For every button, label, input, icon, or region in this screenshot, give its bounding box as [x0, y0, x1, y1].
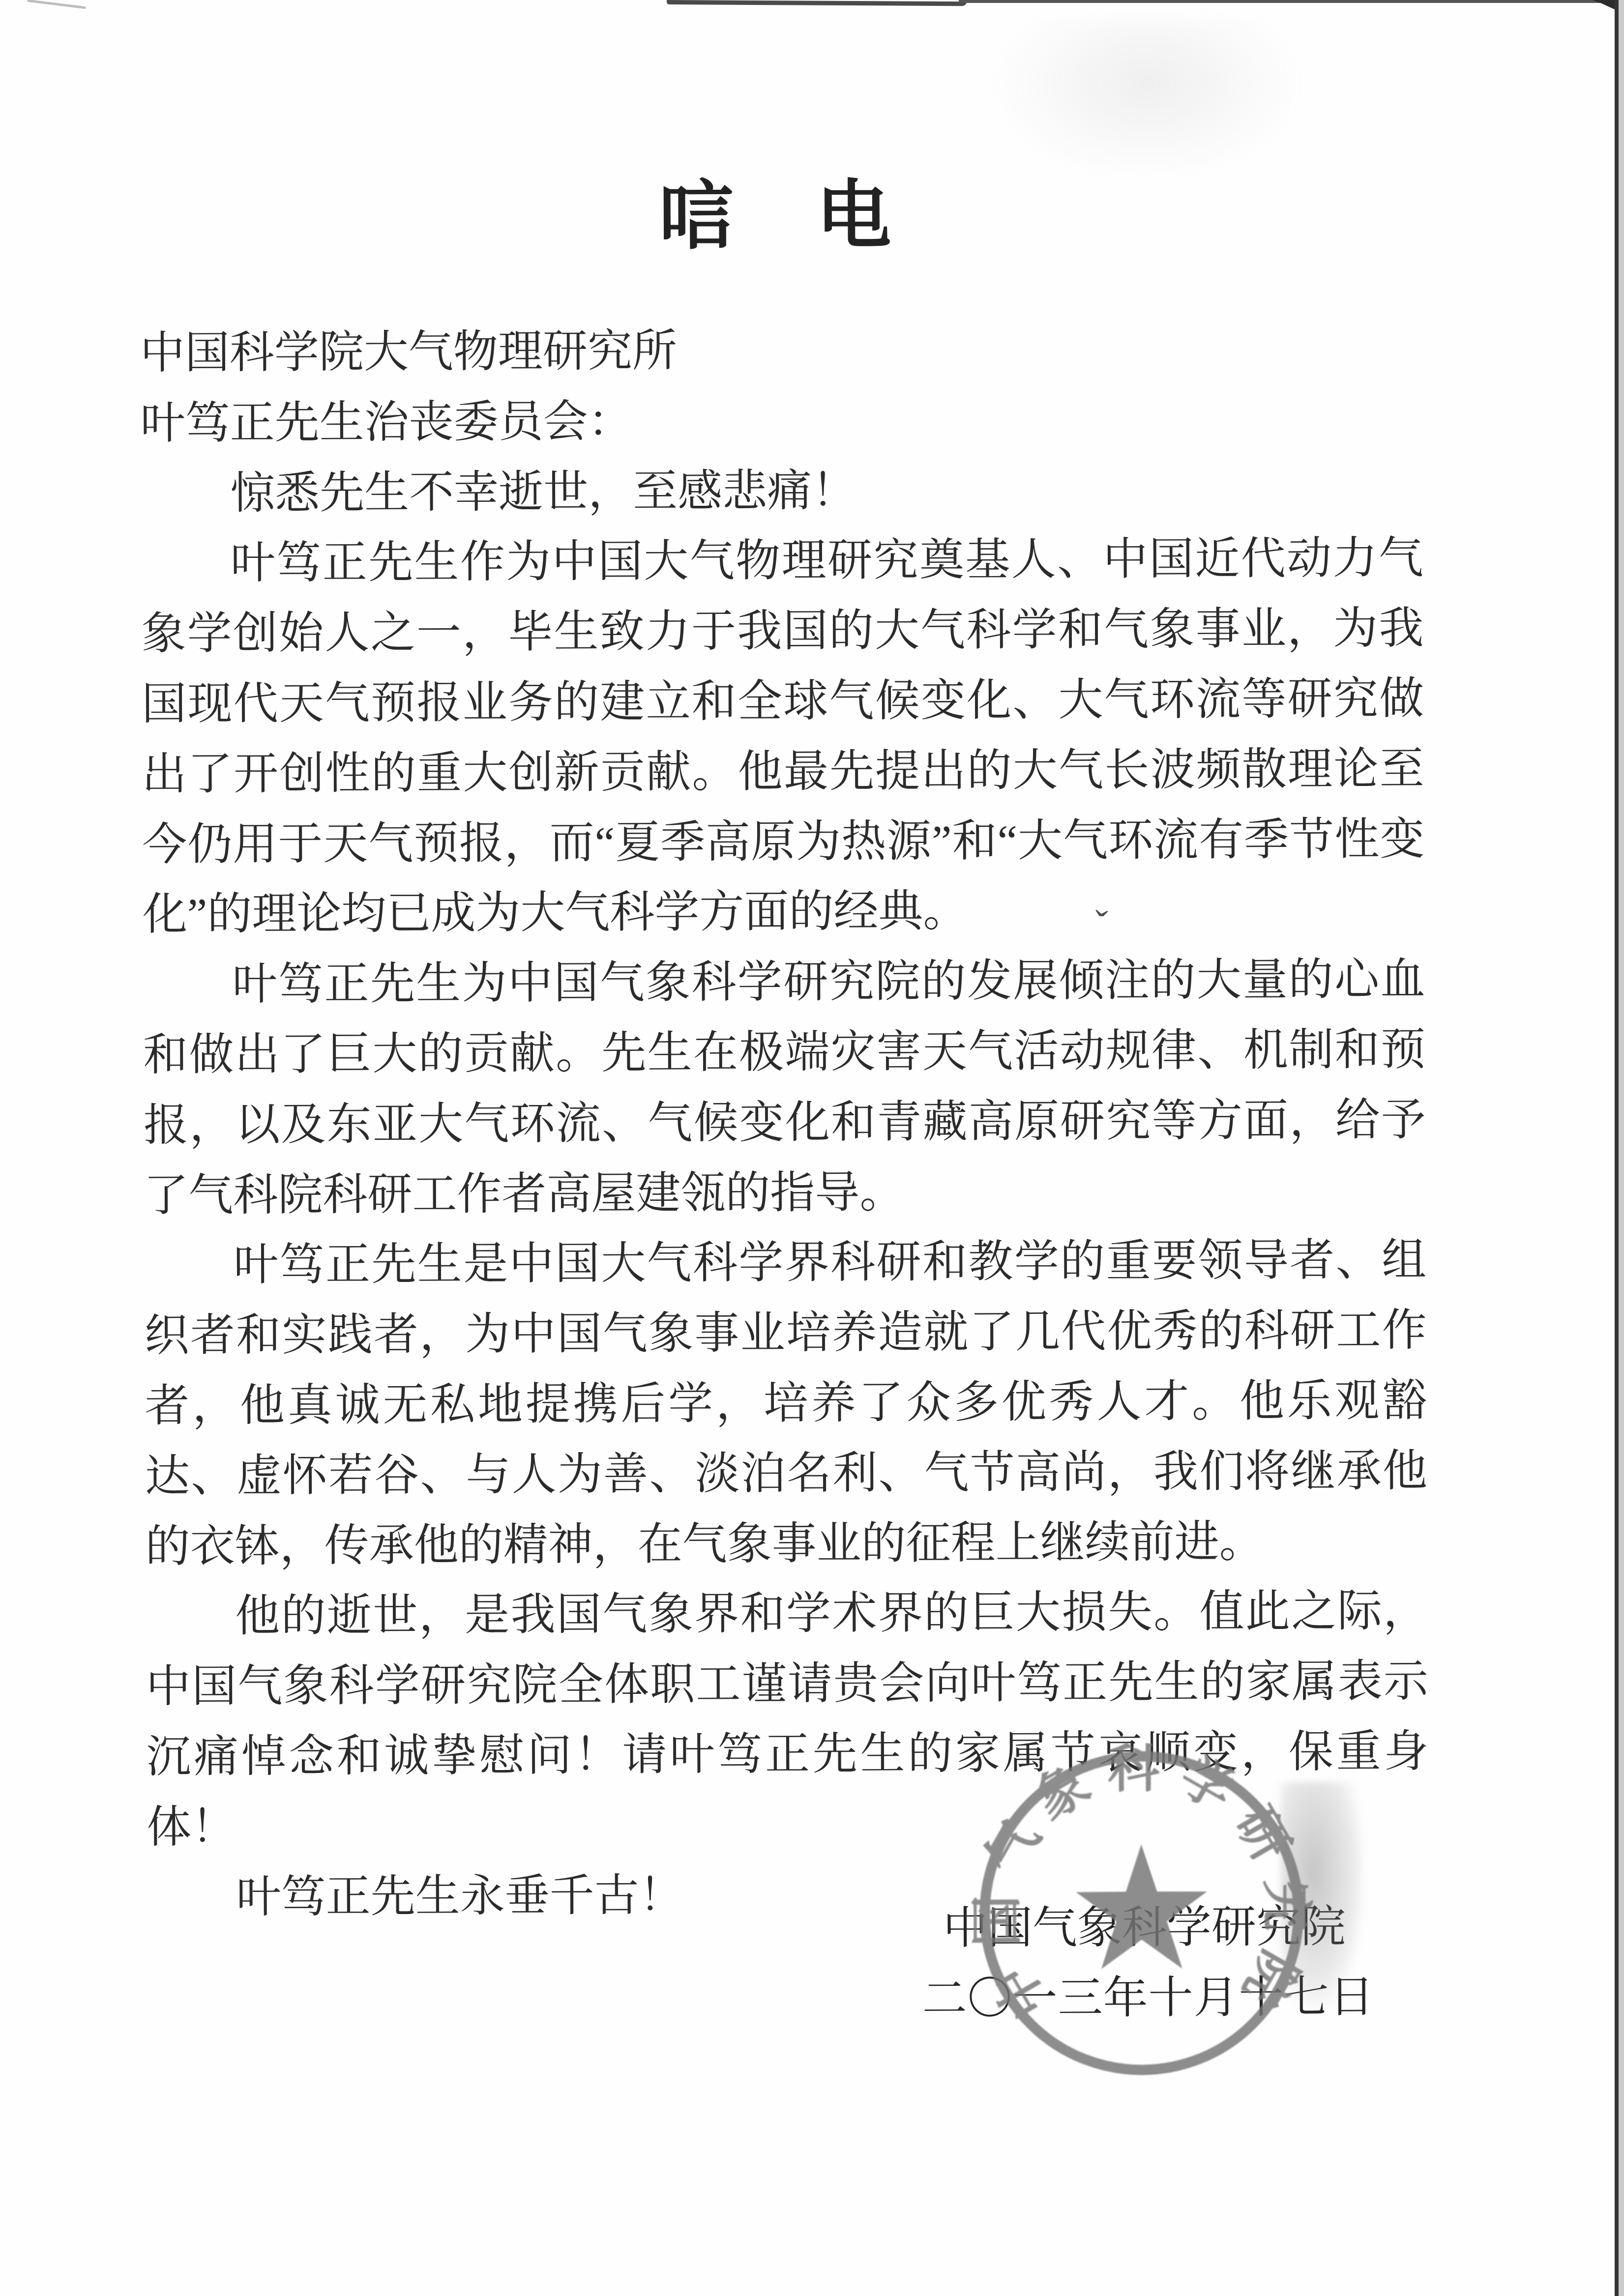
- stamp-ink-smudge: [1280, 1782, 1365, 2008]
- scan-artifact-top-edge-right: [959, 0, 1624, 3]
- salutation-line: 叶笃正先生治丧委员会：: [140, 383, 1423, 459]
- paragraph-mentorship: 叶笃正先生是中国大气科学界科研和教学的重要领导者、组织者和实践者，为中国气象事业…: [144, 1225, 1428, 1582]
- scan-noise-patch: [989, 18, 1304, 181]
- letter-body: 中国科学院大气物理研究所 叶笃正先生治丧委员会： 惊悉先生不幸逝世，至感悲痛！ …: [140, 313, 1429, 1933]
- official-seal-stamp: 中国气象科学研究院: [954, 1725, 1329, 2100]
- paragraph-achievements: 叶笃正先生作为中国大气物理研究奠基人、中国近代动力气象学创始人之一，毕生致力于我…: [141, 523, 1425, 950]
- recipient-line: 中国科学院大气物理研究所: [140, 313, 1423, 389]
- scanned-letter-page: 唁 电 中国科学院大气物理研究所 叶笃正先生治丧委员会： 惊悉先生不幸逝世，至感…: [0, 0, 1624, 2296]
- letter-title: 唁 电: [0, 173, 1557, 260]
- letter-content: 唁 电 中国科学院大气物理研究所 叶笃正先生治丧委员会： 惊悉先生不幸逝世，至感…: [0, 0, 1624, 2296]
- star-icon: [1076, 1844, 1208, 1969]
- paragraph-contributions: 叶笃正先生为中国气象科学研究院的发展倾注的大量的心血和做出了巨大的贡献。先生在极…: [143, 945, 1426, 1231]
- paragraph-condolence: 惊悉先生不幸逝世，至感悲痛！: [141, 453, 1423, 529]
- scan-artifact-right-edge-light: [1619, 0, 1624, 2296]
- scan-artifact-right-edge-dark: [1615, 0, 1619, 2296]
